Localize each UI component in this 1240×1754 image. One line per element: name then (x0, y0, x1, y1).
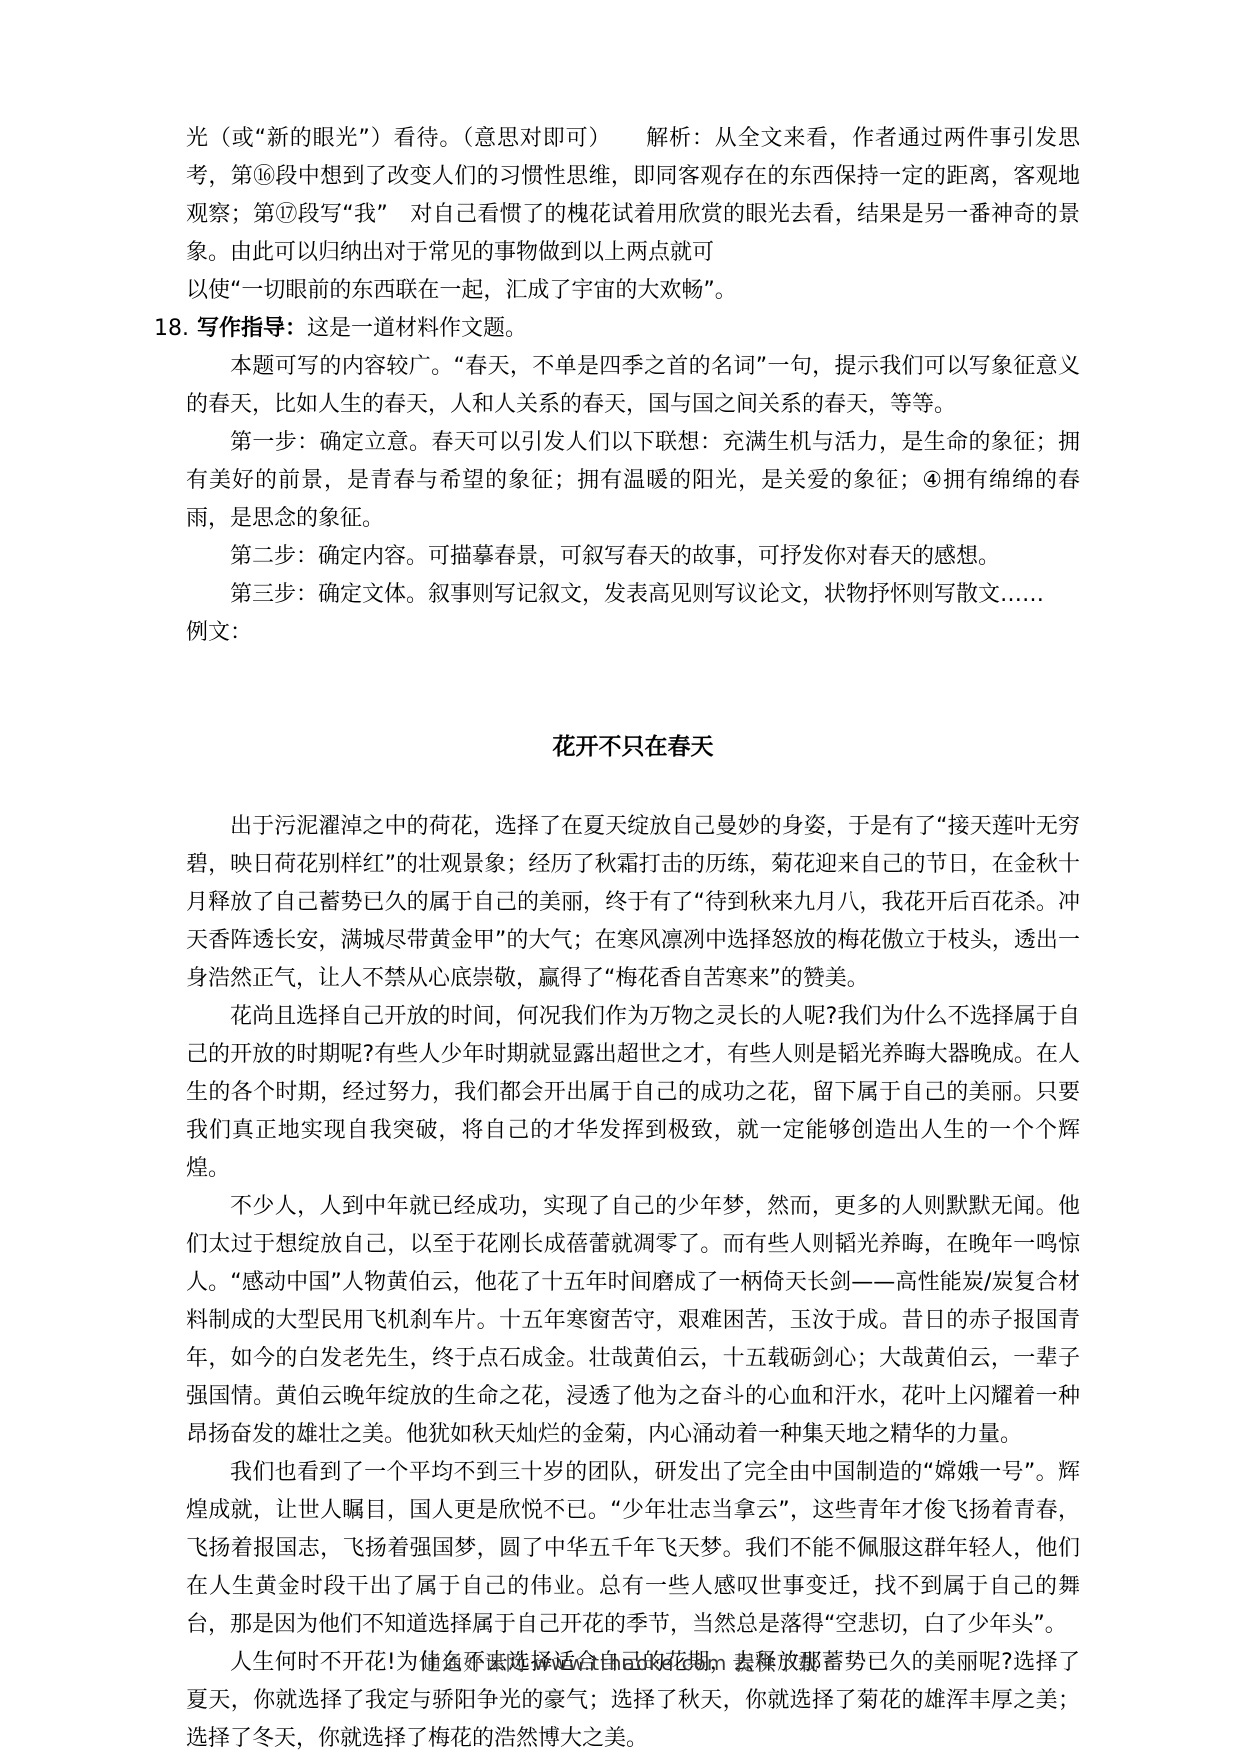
writing-guidance-lead: 这是一道材料作文题。 (307, 316, 527, 341)
essay-title: 花开不只在春天 (186, 728, 1080, 766)
guidance-step2-paragraph: 第二步：确定内容。可描摹春景，可叙写春天的故事，可抒发你对春天的感想。 (186, 538, 1080, 576)
essay-paragraph-3: 不少人，人到中年就已经成功，实现了自己的少年梦，然而，更多的人则默默无闻。他们太… (186, 1188, 1080, 1454)
guidance-step1-paragraph: 第一步：确定立意。春天可以引发人们以下联想：充满生机与活力，是生命的象征；拥有美… (186, 424, 1080, 538)
guidance-topic-paragraph: 本题可写的内容较广。“春天，不单是四季之首的名词”一句，提示我们可以写象征意义的… (186, 348, 1080, 424)
essay-paragraph-4: 我们也看到了一个平均不到三十岁的团队，研发出了完全由中国制造的“嫦娥一号”。辉煌… (186, 1454, 1080, 1644)
guidance-step3-paragraph: 第三步：确定文体。叙事则写记叙文，发表高见则写议论文，状物抒怀则写散文…… (186, 576, 1080, 614)
page-content: 光（或“新的眼光”）看待。（意思对即可） 解析：从全文来看，作者通过两件事引发思… (0, 0, 1240, 1754)
question-18-heading: 18.写作指导：这是一道材料作文题。 (154, 310, 1080, 348)
question-number: 18. (154, 316, 189, 341)
essay-paragraph-1: 出于污泥濯淖之中的荷花，选择了在夏天绽放自己曼妙的身姿，于是有了“接天莲叶无穷碧… (186, 808, 1080, 998)
document-page: 光（或“新的眼光”）看待。（意思对即可） 解析：从全文来看，作者通过两件事引发思… (0, 0, 1240, 1754)
essay-paragraph-2: 花尚且选择自己开放的时间，何况我们作为万物之灵长的人呢?我们为什么不选择属于自己… (186, 998, 1080, 1188)
answer-analysis-text: 光（或“新的眼光”）看待。（意思对即可） 解析：从全文来看，作者通过两件事引发思… (186, 120, 1080, 272)
answer-analysis-continuation: 以使“一切眼前的东西联在一起，汇成了宇宙的大欢畅”。 (186, 272, 1080, 310)
site-watermark: 通通好课网 www.tthaoke.com 提供下载 (0, 1644, 1240, 1682)
writing-guidance-label: 写作指导： (197, 316, 307, 341)
example-essay-label: 例文： (186, 614, 1080, 652)
